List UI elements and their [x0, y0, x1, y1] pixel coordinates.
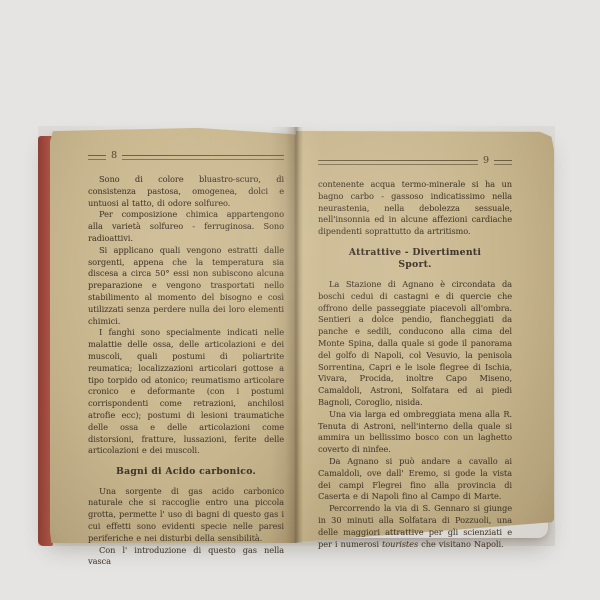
left-page-header: 8	[88, 152, 284, 162]
left-page-text: 8 Sono di colore bluastro-scuro, di cons…	[88, 152, 284, 568]
right-page-blocks: contenente acqua termo-minerale si ha un…	[318, 179, 512, 550]
header-rule	[318, 160, 478, 165]
right-page-text: 9 contenente acqua termo-minerale si ha …	[318, 157, 512, 550]
photo-background: { "colors": { "background": "#e5e4e2", "…	[0, 0, 600, 600]
section-heading: Bagni di Acido carbonico.	[88, 466, 284, 479]
left-page-blocks: Sono di colore bluastro-scuro, di consis…	[88, 174, 284, 568]
paragraph: Sono di colore bluastro-scuro, di consis…	[88, 174, 284, 209]
paragraph: Si applicano quali vengono estratti dall…	[88, 245, 284, 328]
right-page-header: 9	[318, 157, 512, 167]
paragraph: Con l' introduzione di questo gas nella …	[88, 545, 284, 569]
header-rule	[494, 160, 512, 165]
header-rule	[88, 155, 106, 160]
paragraph: Da Agnano si può andare a cavallo ai Cam…	[318, 456, 512, 503]
paragraph: I fanghi sono specialmente indicati nell…	[88, 327, 284, 457]
paragraph: La Stazione di Agnano è circondata da bo…	[318, 279, 512, 409]
page-number: 8	[111, 151, 117, 161]
paragraph: contenente acqua termo-minerale si ha un…	[318, 179, 512, 238]
italic-text: touristes	[382, 539, 418, 549]
page-number: 9	[483, 156, 489, 166]
section-heading: Attrattive - Divertimenti Sport.	[318, 247, 512, 272]
paragraph: Una via larga ed ombreggiata mena alla R…	[318, 409, 512, 456]
header-rule	[122, 155, 284, 160]
text-segment: che visitano Napoli.	[418, 539, 503, 549]
paragraph: Percorrendo la via di S. Gennaro si giun…	[318, 503, 512, 550]
paragraph: Una sorgente di gas acido carbonico natu…	[88, 486, 284, 545]
paragraph: Per composizione chimica appartengono al…	[88, 209, 284, 244]
